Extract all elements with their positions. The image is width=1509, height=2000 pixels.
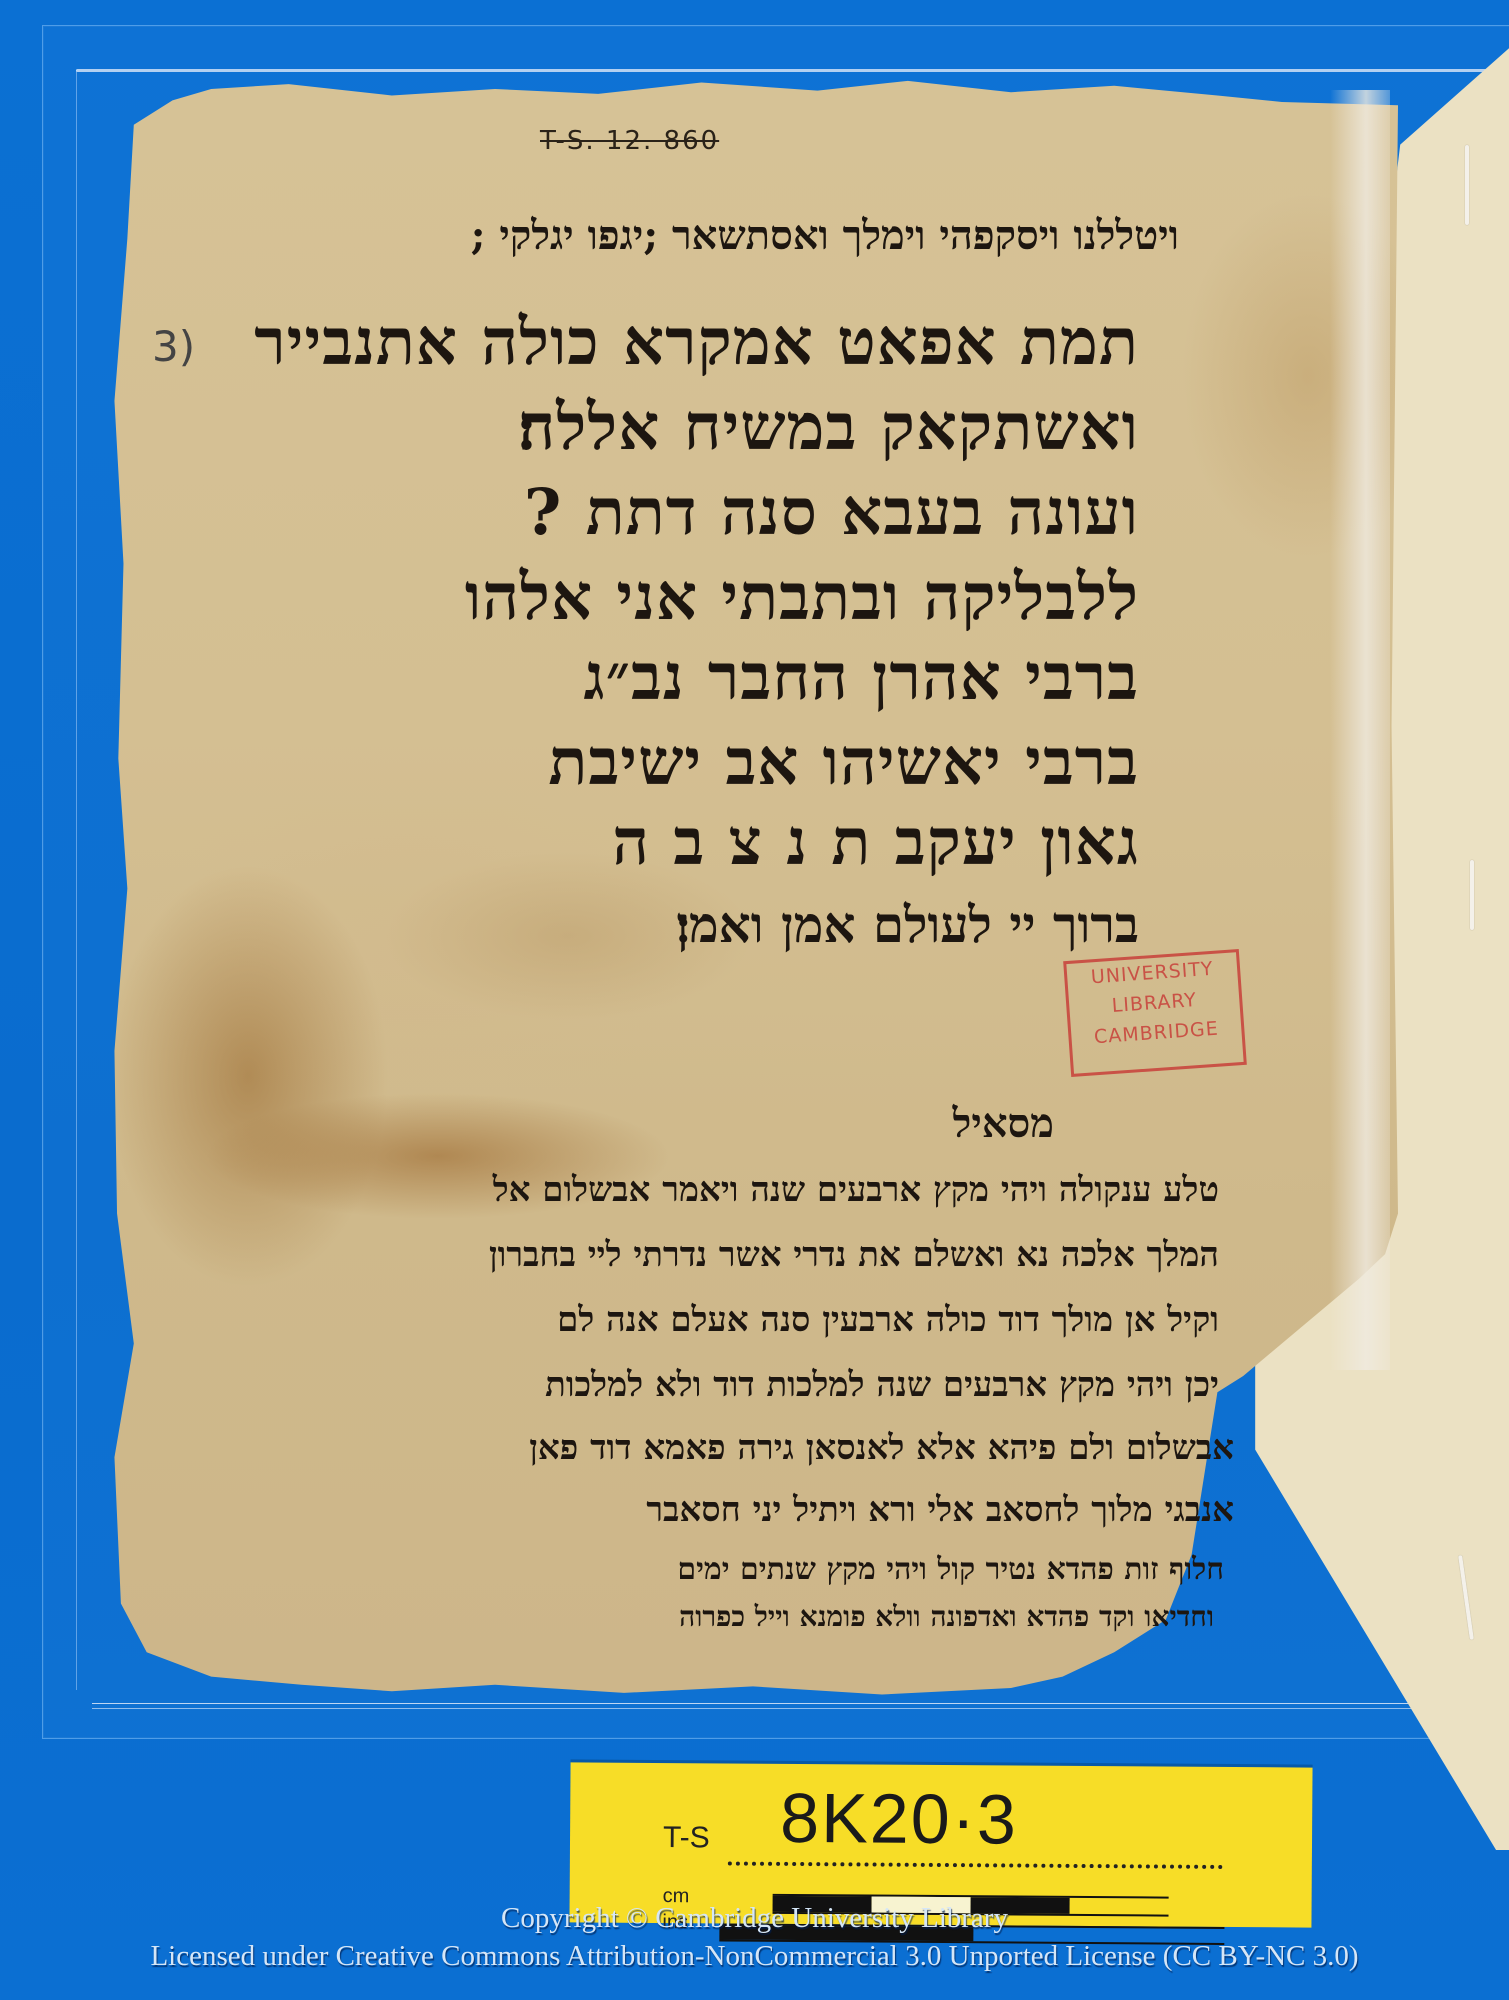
acrylic-bottom-line <box>92 1703 1509 1709</box>
folio-number: 3) <box>152 322 195 371</box>
body-line: אבשלום ולם פיהא אלא לאנסאן גירה פאמא דוד… <box>529 1428 1234 1468</box>
section-heading: מסאיל <box>953 1100 1054 1147</box>
library-stamp: UNIVERSITY LIBRARY CAMBRIDGE <box>1063 949 1247 1077</box>
body-line: טלע ענקולה ויהי מקץ ארבעים שנה ויאמר אבש… <box>493 1170 1219 1210</box>
colophon-line: ללבליקה ובתבתי אני אלהו <box>465 560 1139 635</box>
body-line: אנבגי מלוך לחסאב אלי ורא ויתיל יני חסאבר <box>646 1490 1234 1530</box>
colophon-line: ברוך יי לעולם אמן ואמן׃ <box>676 895 1139 954</box>
copyright-text: Copyright © Cambridge University Library <box>0 1902 1509 1935</box>
fragment-right-edge <box>1330 90 1390 1370</box>
label-shelfmark: 8K20·3 <box>780 1778 1018 1860</box>
license-text: Licensed under Creative Commons Attribut… <box>0 1940 1509 1973</box>
body-line: יכן ויהי מקץ ארבעים שנה למלכות דוד ולא ל… <box>545 1365 1219 1405</box>
colophon-header: ויטללנו ויסקפהי וימלך ואסתשאר ;יגפו יגלק… <box>471 212 1179 259</box>
colophon-line: תמת אפאט אמקרא כולה אתנבייר <box>254 305 1139 380</box>
body-line: וקיל אן מולך דוד כולה ארבעין סנה אעלם אנ… <box>557 1300 1219 1340</box>
colophon-line: ברבי יאשיהו אב ישיבת <box>548 725 1139 800</box>
colophon-line: ברבי אהרן החבר נב״ג <box>584 640 1139 715</box>
acrylic-inner-line <box>76 69 1509 72</box>
colophon-line: ואשתקאק במשיח אללה׃ <box>518 390 1140 465</box>
colophon-line: גאון יעקב ת נ צ ב ה <box>612 805 1139 880</box>
body-line: חלוף זות פהדא נטיר קול ויהי מקץ שנתים ימ… <box>677 1552 1224 1587</box>
body-line: המלך אלכה נא ואשלם את נדרי אשר נדרתי ליי… <box>489 1235 1219 1275</box>
label-dotted-line <box>728 1862 1223 1869</box>
colophon-line: ועונה בעבא סנה דתת ? <box>524 475 1139 550</box>
stitch-middle <box>1470 860 1474 930</box>
body-line: וחדיאו וקד פהדא ואדפונה וולא פומנא וייל … <box>679 1600 1214 1634</box>
stitch-top <box>1465 145 1469 225</box>
label-prefix: T-S <box>663 1821 710 1855</box>
acrylic-left-edge <box>76 70 77 1690</box>
old-shelfmark: T-S. 12. 860 <box>540 126 719 156</box>
